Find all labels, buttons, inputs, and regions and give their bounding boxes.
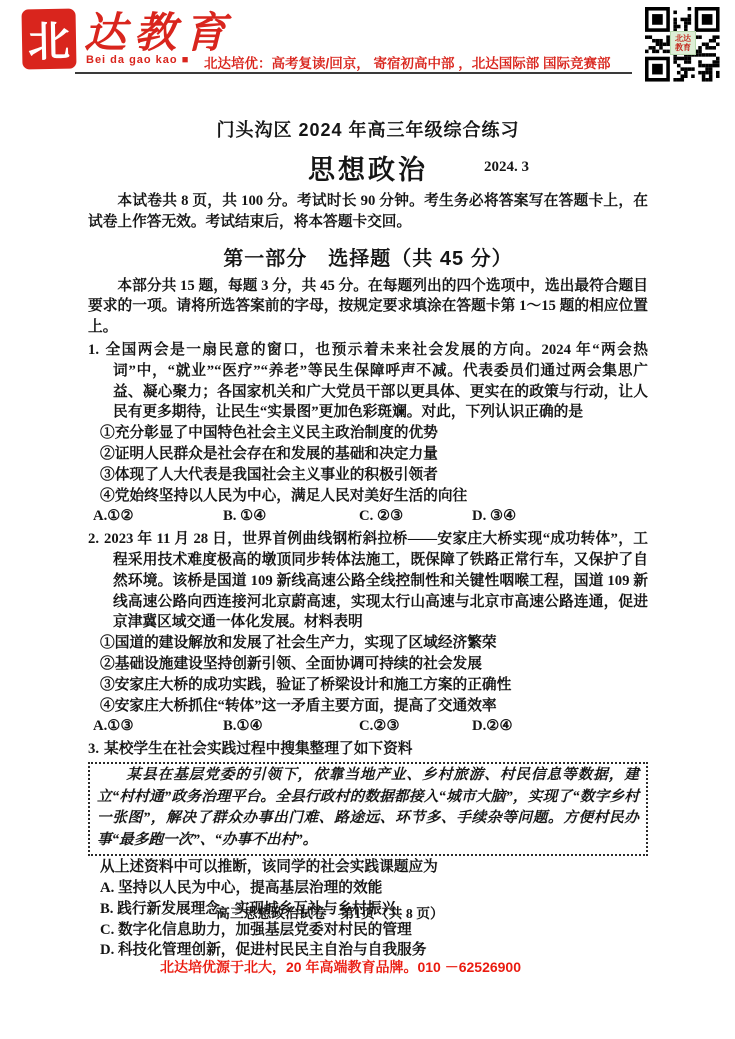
page-number-label: 高三思想政治试卷 第1页（共 8 页） bbox=[0, 902, 660, 922]
question-2-statement-3: ③安家庄大桥的成功实践，验证了桥梁设计和施工方案的正确性 bbox=[88, 675, 648, 696]
question-3-stem: 3.某校学生在社会实践过程中搜集整理了如下资料 bbox=[88, 739, 648, 760]
question-3-material-box: 某县在基层党委的引领下，依靠当地产业、乡村旅游、村民信息等数据，建立“村村通”政… bbox=[88, 762, 648, 856]
question-3-choice-c: C. 数字化信息助力，加强基层党委对村民的管理 bbox=[88, 920, 648, 941]
question-3-followup: 从上述资料中可以推断，该同学的社会实践课题应为 bbox=[88, 857, 648, 878]
question-2-statement-2: ②基础设施建设坚持创新引领、全面协调可持续的社会发展 bbox=[88, 654, 648, 675]
footer-promo-text: 北达培优源于北大，20 年高端教育品牌。010 －62526900 bbox=[160, 957, 521, 977]
question-2-statement-1: ①国道的建设解放和发展了社会生产力，实现了区域经济繁荣 bbox=[88, 633, 648, 654]
question-1-choice-c: C. ②③ bbox=[359, 506, 472, 527]
brand-pinyin: Bei da gao kao ■ bbox=[86, 54, 189, 66]
exam-title: 门头沟区 2024 年高三年级综合练习 bbox=[88, 116, 648, 142]
exam-paper-body: 门头沟区 2024 年高三年级综合练习 思想政治 2024. 3 本试卷共 8 … bbox=[88, 116, 648, 961]
question-1-choice-d: D. ③④ bbox=[472, 506, 648, 527]
question-1-choice-b: B. ①④ bbox=[223, 506, 359, 527]
question-1-choices: A.①② B. ①④ C. ②③ D. ③④ bbox=[88, 506, 648, 527]
question-2-choice-c: C.②③ bbox=[359, 716, 472, 737]
question-1-stem: 1.全国两会是一扇民意的窗口，也预示着未来社会发展的方向。2024 年“两会热词… bbox=[88, 340, 648, 423]
exam-date: 2024. 3 bbox=[484, 159, 529, 176]
question-3-choice-a: A. 坚持以人民为中心，提高基层治理的效能 bbox=[88, 878, 648, 899]
page-header: 北 达教育 Bei da gao kao ■ 北达培优：高考复读/回京， 寄宿初… bbox=[0, 0, 735, 80]
question-3-number: 3. bbox=[88, 741, 104, 757]
question-2-statement-4: ④安家庄大桥抓住“转体”这一矛盾主要方面，提高了交通效率 bbox=[88, 696, 648, 717]
exam-notice: 本试卷共 8 页，共 100 分。考试时长 90 分钟。考生务必将答案写在答题卡… bbox=[88, 191, 648, 233]
subject-row: 思想政治 2024. 3 bbox=[88, 150, 648, 186]
header-tagline: 北达培优：高考复读/回京， 寄宿初高中部 ，北达国际部 国际竞赛部 bbox=[204, 52, 611, 72]
question-1-statement-4: ④党始终坚持以人民为中心，满足人民对美好生活的向往 bbox=[88, 486, 648, 507]
header-divider bbox=[75, 72, 632, 74]
question-2-choice-a: A.①③ bbox=[93, 716, 223, 737]
question-1-statement-3: ③体现了人大代表是我国社会主义事业的积极引领者 bbox=[88, 465, 648, 486]
question-2-number: 2. bbox=[88, 531, 104, 547]
question-3: 3.某校学生在社会实践过程中搜集整理了如下资料 某县在基层党委的引领下，依靠当地… bbox=[88, 739, 648, 961]
seal-character: 北 bbox=[27, 9, 70, 70]
section-one-heading: 第一部分 选择题（共 45 分） bbox=[88, 242, 648, 271]
qr-center-label: 北达教育 bbox=[670, 31, 696, 55]
beida-seal-logo-icon: 北 bbox=[21, 9, 76, 70]
question-2: 2.2023 年 11 月 28 日，世界首例曲线钢桁斜拉桥——安家庄大桥实现“… bbox=[88, 529, 648, 737]
question-2-choice-b: B.①④ bbox=[223, 716, 359, 737]
question-2-stem: 2.2023 年 11 月 28 日，世界首例曲线钢桁斜拉桥——安家庄大桥实现“… bbox=[88, 529, 648, 633]
question-1-statement-2: ②证明人民群众是社会存在和发展的基础和决定力量 bbox=[88, 444, 648, 465]
question-1-number: 1. bbox=[88, 342, 104, 358]
brand-calligraphy: 达教育 bbox=[84, 0, 234, 60]
subject-title: 思想政治 bbox=[88, 148, 648, 187]
qr-code: 北达教育 bbox=[645, 7, 721, 79]
question-2-choice-d: D.②④ bbox=[472, 716, 648, 737]
section-one-instructions: 本部分共 15 题，每题 3 分，共 45 分。在每题列出的四个选项中，选出最符… bbox=[88, 276, 648, 338]
question-1-choice-a: A.①② bbox=[93, 506, 223, 527]
question-3-material-text: 某县在基层党委的引领下，依靠当地产业、乡村旅游、村民信息等数据，建立“村村通”政… bbox=[97, 765, 639, 851]
question-1: 1.全国两会是一扇民意的窗口，也预示着未来社会发展的方向。2024 年“两会热词… bbox=[88, 340, 648, 527]
question-1-statement-1: ①充分彰显了中国特色社会主义民主政治制度的优势 bbox=[88, 423, 648, 444]
question-2-choices: A.①③ B.①④ C.②③ D.②④ bbox=[88, 716, 648, 737]
